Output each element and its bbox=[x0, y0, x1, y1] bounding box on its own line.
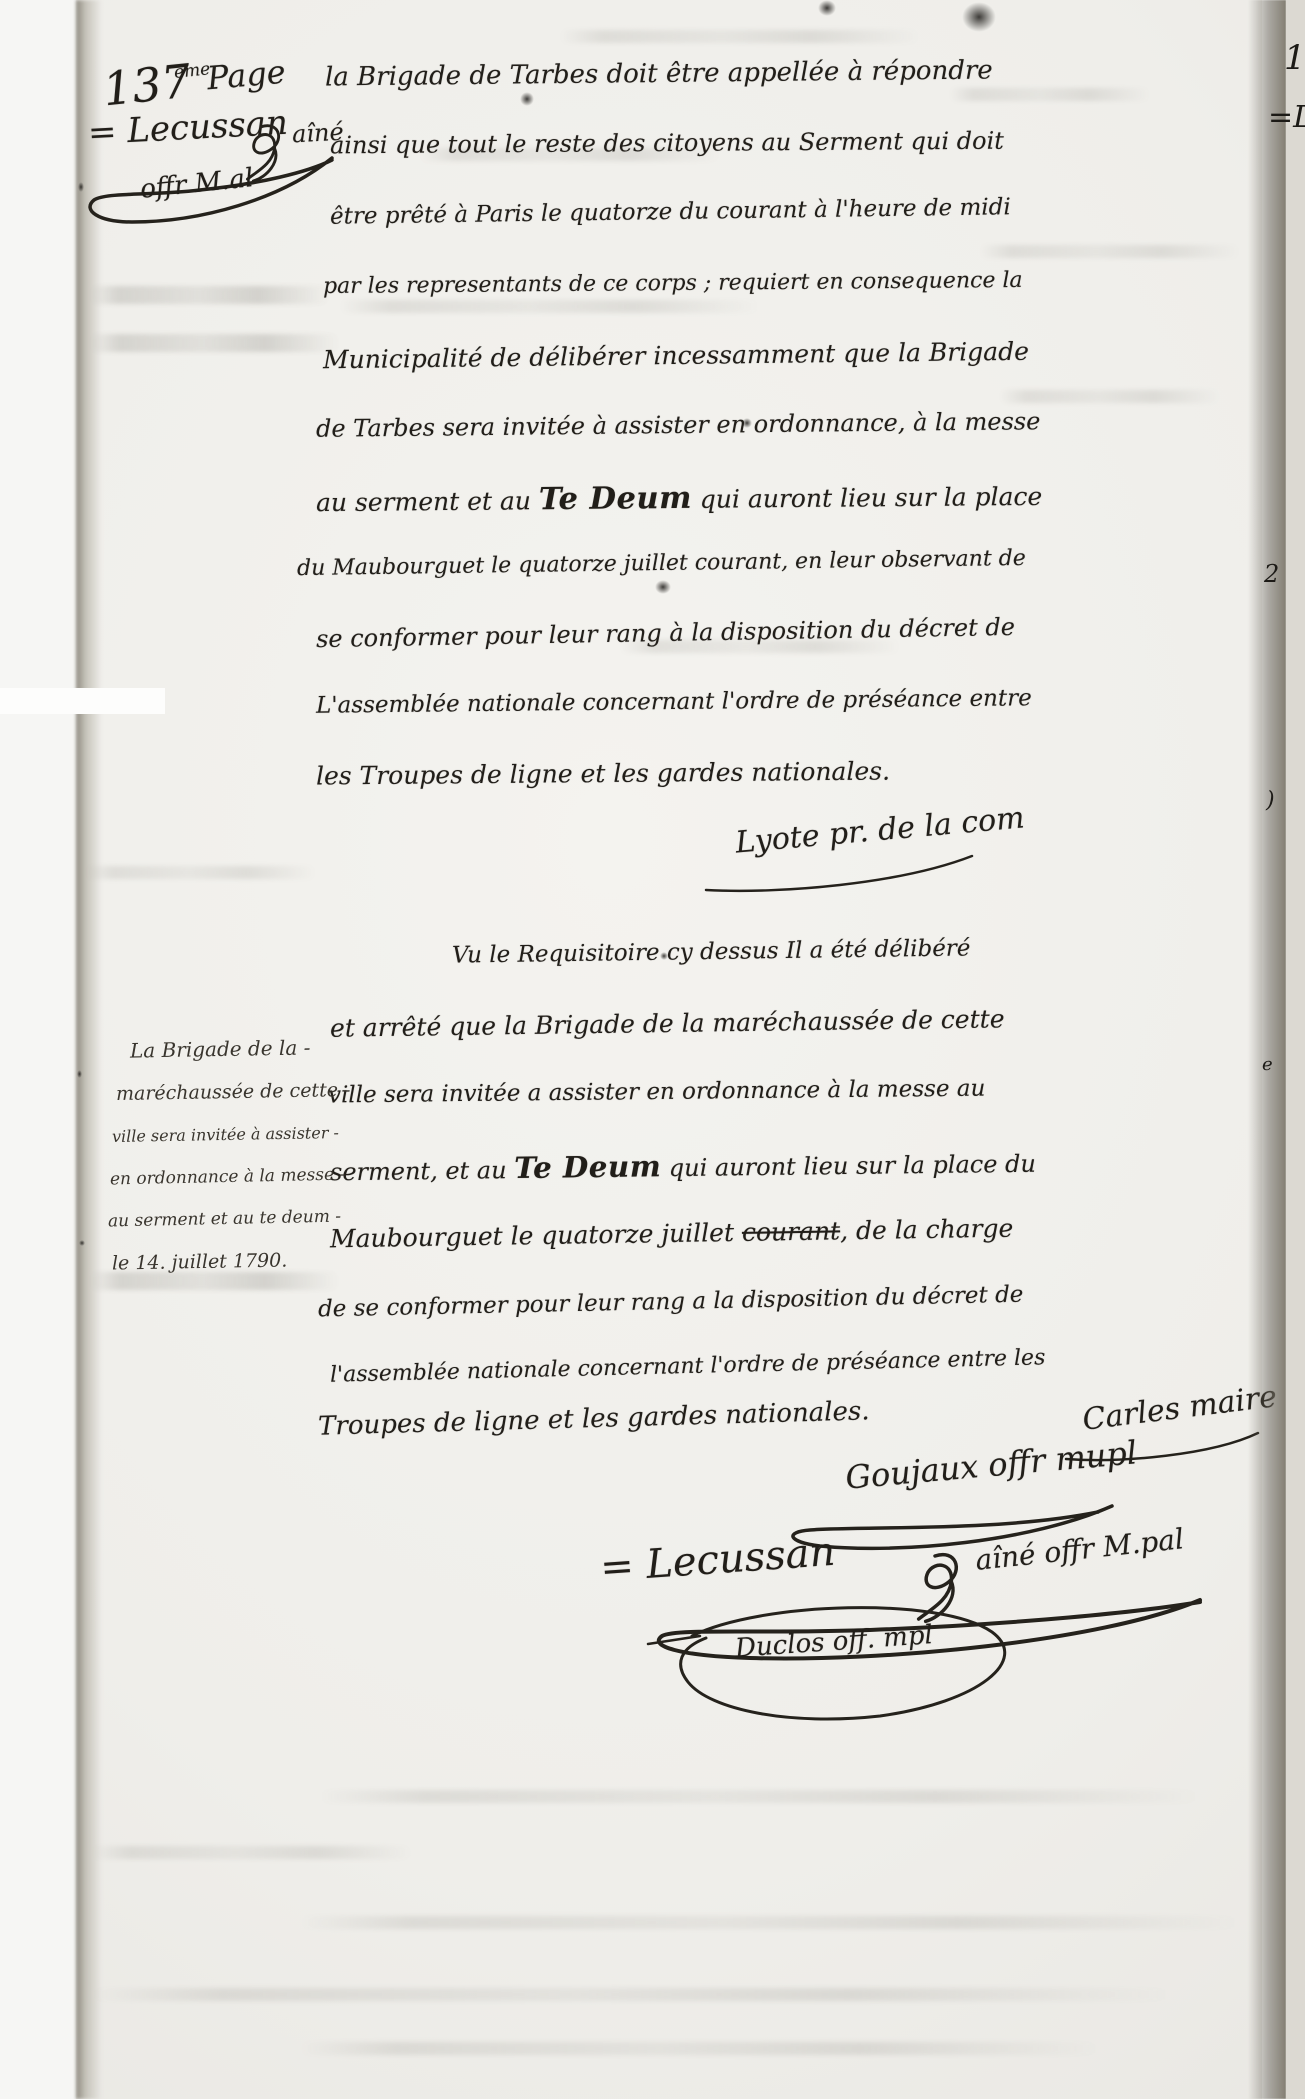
requisition-line: de Tarbes sera invitée à assister en ord… bbox=[316, 408, 1041, 442]
deliberation-line-pre: Maubourguet le quatorze juillet bbox=[330, 1218, 742, 1253]
bleed-through-line bbox=[90, 334, 340, 352]
bleed-through-line bbox=[90, 1272, 340, 1290]
facing-page-fragment: 2 bbox=[1264, 560, 1279, 588]
margin-note-line: maréchaussée de cette - bbox=[116, 1080, 351, 1105]
ink-smudge bbox=[77, 1070, 82, 1078]
ink-smudge bbox=[79, 1240, 85, 1246]
bleed-through-line bbox=[92, 1846, 412, 1859]
manuscript-page: 137 eme Page = Lecussan aîné offr M.al l… bbox=[76, 0, 1262, 2099]
struck-word: courant bbox=[742, 1216, 841, 1247]
goujaux-signature: Goujaux offr mupl bbox=[844, 1435, 1138, 1496]
ink-smudge bbox=[655, 580, 671, 594]
requisition-line: au serment et au Te Deum qui auront lieu… bbox=[316, 479, 1042, 519]
facing-page-fragment: ) bbox=[1266, 788, 1275, 813]
margin-note-line: La Brigade de la - bbox=[130, 1036, 311, 1061]
deliberation-line: Vu le Requisitoire cy dessus Il a été dé… bbox=[452, 936, 971, 969]
bleed-through-line bbox=[320, 1790, 1200, 1803]
requisition-line: L'assemblée nationale concernant l'ordre… bbox=[316, 686, 1032, 719]
margin-note-line: au serment et au te deum - bbox=[108, 1208, 341, 1232]
deliberation-line: serment, et au Te Deum qui auront lieu s… bbox=[330, 1146, 1036, 1187]
page-gutter-shadow bbox=[1248, 0, 1286, 2099]
bleed-through-line bbox=[92, 1988, 1172, 2001]
bleed-through-line bbox=[300, 1916, 1240, 1929]
margin-note-line: ville sera invitée à assister - bbox=[112, 1124, 339, 1146]
bleed-through-line bbox=[560, 30, 920, 43]
ink-smudge bbox=[818, 0, 836, 16]
requisition-line: la Brigade de Tarbes doit être appellée … bbox=[325, 57, 993, 93]
facing-page-fragment: e bbox=[1262, 1054, 1273, 1075]
requisition-line-pre: au serment et au bbox=[316, 486, 539, 517]
paper-rough-edge bbox=[76, 0, 102, 2099]
requisition-line: Municipalité de délibérer incessamment q… bbox=[323, 338, 1029, 374]
bleed-through-line bbox=[1000, 390, 1220, 403]
scan-artifact-strip bbox=[0, 688, 165, 714]
facing-page-fragment: 1 bbox=[1284, 38, 1305, 78]
bleed-through-line bbox=[340, 300, 760, 313]
requisition-line: ainsi que tout le reste des citoyens au … bbox=[330, 128, 1004, 159]
facing-page-sliver bbox=[1286, 0, 1305, 2099]
deliberation-line: Maubourguet le quatorze juillet courant,… bbox=[330, 1215, 1014, 1253]
bleed-through-line bbox=[950, 88, 1150, 101]
deliberation-line-pre: serment, et au bbox=[330, 1156, 515, 1186]
bleed-through-line bbox=[980, 245, 1240, 258]
te-deum-emphasis: Te Deum bbox=[539, 480, 692, 517]
ink-smudge bbox=[962, 2, 996, 32]
deliberation-line-post: qui auront lieu sur la place du bbox=[661, 1150, 1036, 1183]
requisition-line: être prêté à Paris le quatorze du couran… bbox=[330, 195, 1011, 230]
deliberation-line: de se conformer pour leur rang a la disp… bbox=[318, 1283, 1024, 1323]
bleed-through-line bbox=[86, 866, 316, 879]
deliberation-line: Troupes de ligne et les gardes nationale… bbox=[318, 1397, 870, 1441]
bleed-through-line bbox=[300, 2042, 1100, 2055]
facing-page-fragment: =L bbox=[1268, 100, 1305, 135]
ink-smudge bbox=[520, 92, 534, 106]
deliberation-line-post: , de la charge bbox=[840, 1214, 1014, 1246]
deliberation-line: et arrêté que la Brigade de la maréchaus… bbox=[330, 1005, 1005, 1042]
margin-note-line: le 14. juillet 1790. bbox=[112, 1250, 288, 1274]
requisition-line: les Troupes de ligne et les gardes natio… bbox=[316, 757, 890, 790]
requisition-line: du Maubourguet le quatorze juillet coura… bbox=[297, 547, 1026, 581]
requisition-line: se conformer pour leur rang à la disposi… bbox=[316, 614, 1015, 653]
deliberation-line: ville sera invitée a assister en ordonna… bbox=[328, 1077, 986, 1109]
deliberation-line: l'assemblée nationale concernant l'ordre… bbox=[330, 1346, 1046, 1388]
te-deum-emphasis: Te Deum bbox=[514, 1149, 661, 1185]
bleed-through-line bbox=[90, 286, 330, 304]
document-scan: 137 eme Page = Lecussan aîné offr M.al l… bbox=[0, 0, 1305, 2099]
margin-note-line: en ordonnance à la messe - bbox=[110, 1166, 346, 1190]
requisition-line: par les representants de ce corps ; requ… bbox=[323, 269, 1023, 299]
requisition-line-post: qui auront lieu sur la place bbox=[692, 482, 1043, 514]
lecussan-signature: = Lecussan bbox=[599, 1530, 837, 1590]
page-word: Page bbox=[206, 55, 287, 97]
duclos-oval-icon bbox=[640, 1598, 1030, 1728]
